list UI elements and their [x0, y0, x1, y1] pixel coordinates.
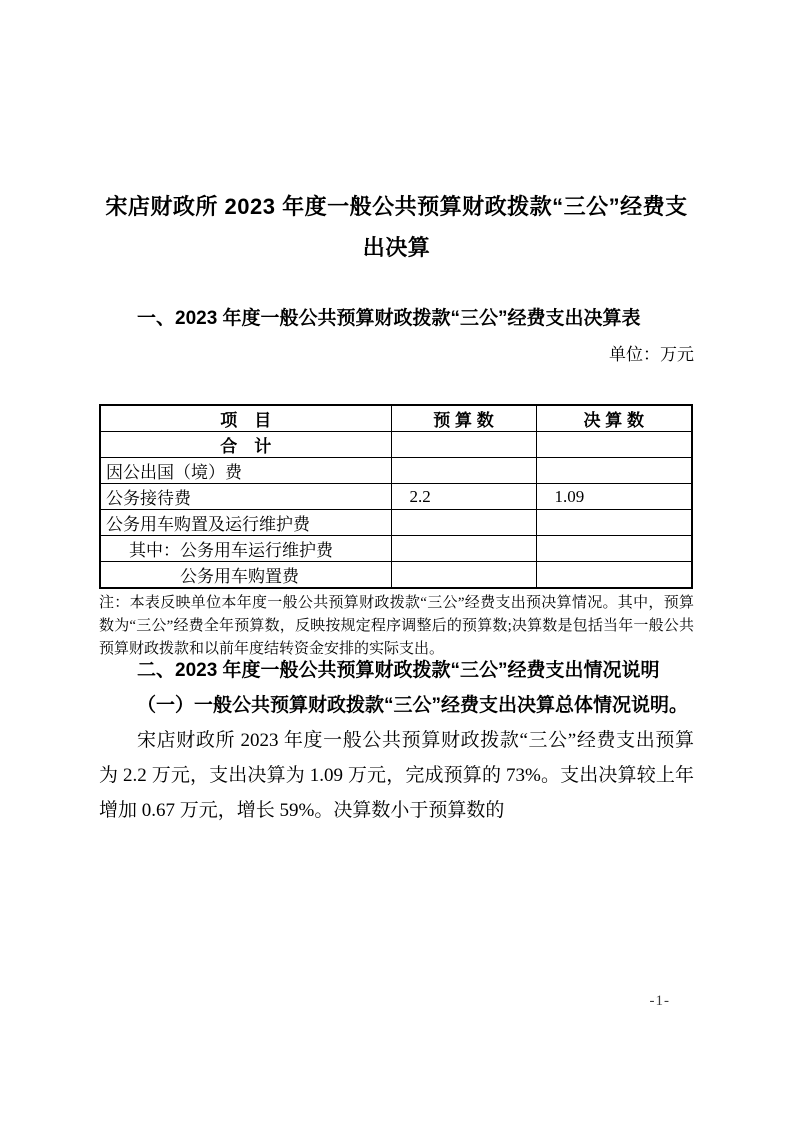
final-cell [536, 510, 692, 536]
budget-cell [391, 510, 536, 536]
section-one-heading: 一、2023 年度一般公共预算财政拨款“三公”经费支出决算表 [99, 299, 694, 339]
header-item: 项 目 [100, 405, 391, 432]
item-cell: 公务接待费 [100, 484, 391, 510]
final-cell [536, 536, 692, 562]
table-header-row: 项 目 预 算 数 决 算 数 [100, 405, 692, 432]
item-cell: 因公出国（境）费 [100, 458, 391, 484]
final-cell: 1.09 [536, 484, 692, 510]
budget-cell [391, 432, 536, 458]
section-two-subheading: （一）一般公共预算财政拨款“三公”经费支出决算总体情况说明。 [99, 688, 694, 723]
header-final: 决 算 数 [536, 405, 692, 432]
item-cell: 公务用车购置及运行维护费 [100, 510, 391, 536]
document-page: 宋店财政所 2023 年度一般公共预算财政拨款“三公”经费支出决算 一、2023… [0, 0, 793, 1122]
table-row-vehicle-total: 公务用车购置及运行维护费 [100, 510, 692, 536]
item-cell: 合 计 [100, 432, 391, 458]
table-row-vehicle-purchase: 公务用车购置费 [100, 562, 692, 589]
header-budget: 预 算 数 [391, 405, 536, 432]
table-note: 注：本表反映单位本年度一般公共预算财政拨款“三公”经费支出预决算情况。其中，预算… [99, 592, 694, 661]
unit-label: 单位：万元 [99, 342, 694, 368]
table-row-reception: 公务接待费 2.2 1.09 [100, 484, 692, 510]
budget-cell [391, 536, 536, 562]
three-public-expense-table: 项 目 预 算 数 决 算 数 合 计 因公出国（境）费 公务接待费 [99, 404, 693, 589]
table-row-total: 合 计 [100, 432, 692, 458]
table-row-vehicle-operation: 其中：公务用车运行维护费 [100, 536, 692, 562]
section-two-heading: 二、2023 年度一般公共预算财政拨款“三公”经费支出情况说明 [99, 653, 694, 688]
final-cell [536, 432, 692, 458]
document-title: 宋店财政所 2023 年度一般公共预算财政拨款“三公”经费支出决算 [99, 186, 694, 268]
body-paragraph: 宋店财政所 2023 年度一般公共预算财政拨款“三公”经费支出预算为 2.2 万… [99, 723, 694, 828]
budget-cell [391, 458, 536, 484]
budget-cell [391, 562, 536, 589]
table-row-abroad: 因公出国（境）费 [100, 458, 692, 484]
final-cell [536, 458, 692, 484]
page-content: 宋店财政所 2023 年度一般公共预算财政拨款“三公”经费支出决算 一、2023… [99, 0, 694, 828]
budget-cell: 2.2 [391, 484, 536, 510]
page-number: -1- [99, 992, 672, 1010]
item-cell: 公务用车购置费 [100, 562, 391, 589]
item-cell: 其中：公务用车运行维护费 [100, 536, 391, 562]
final-cell [536, 562, 692, 589]
